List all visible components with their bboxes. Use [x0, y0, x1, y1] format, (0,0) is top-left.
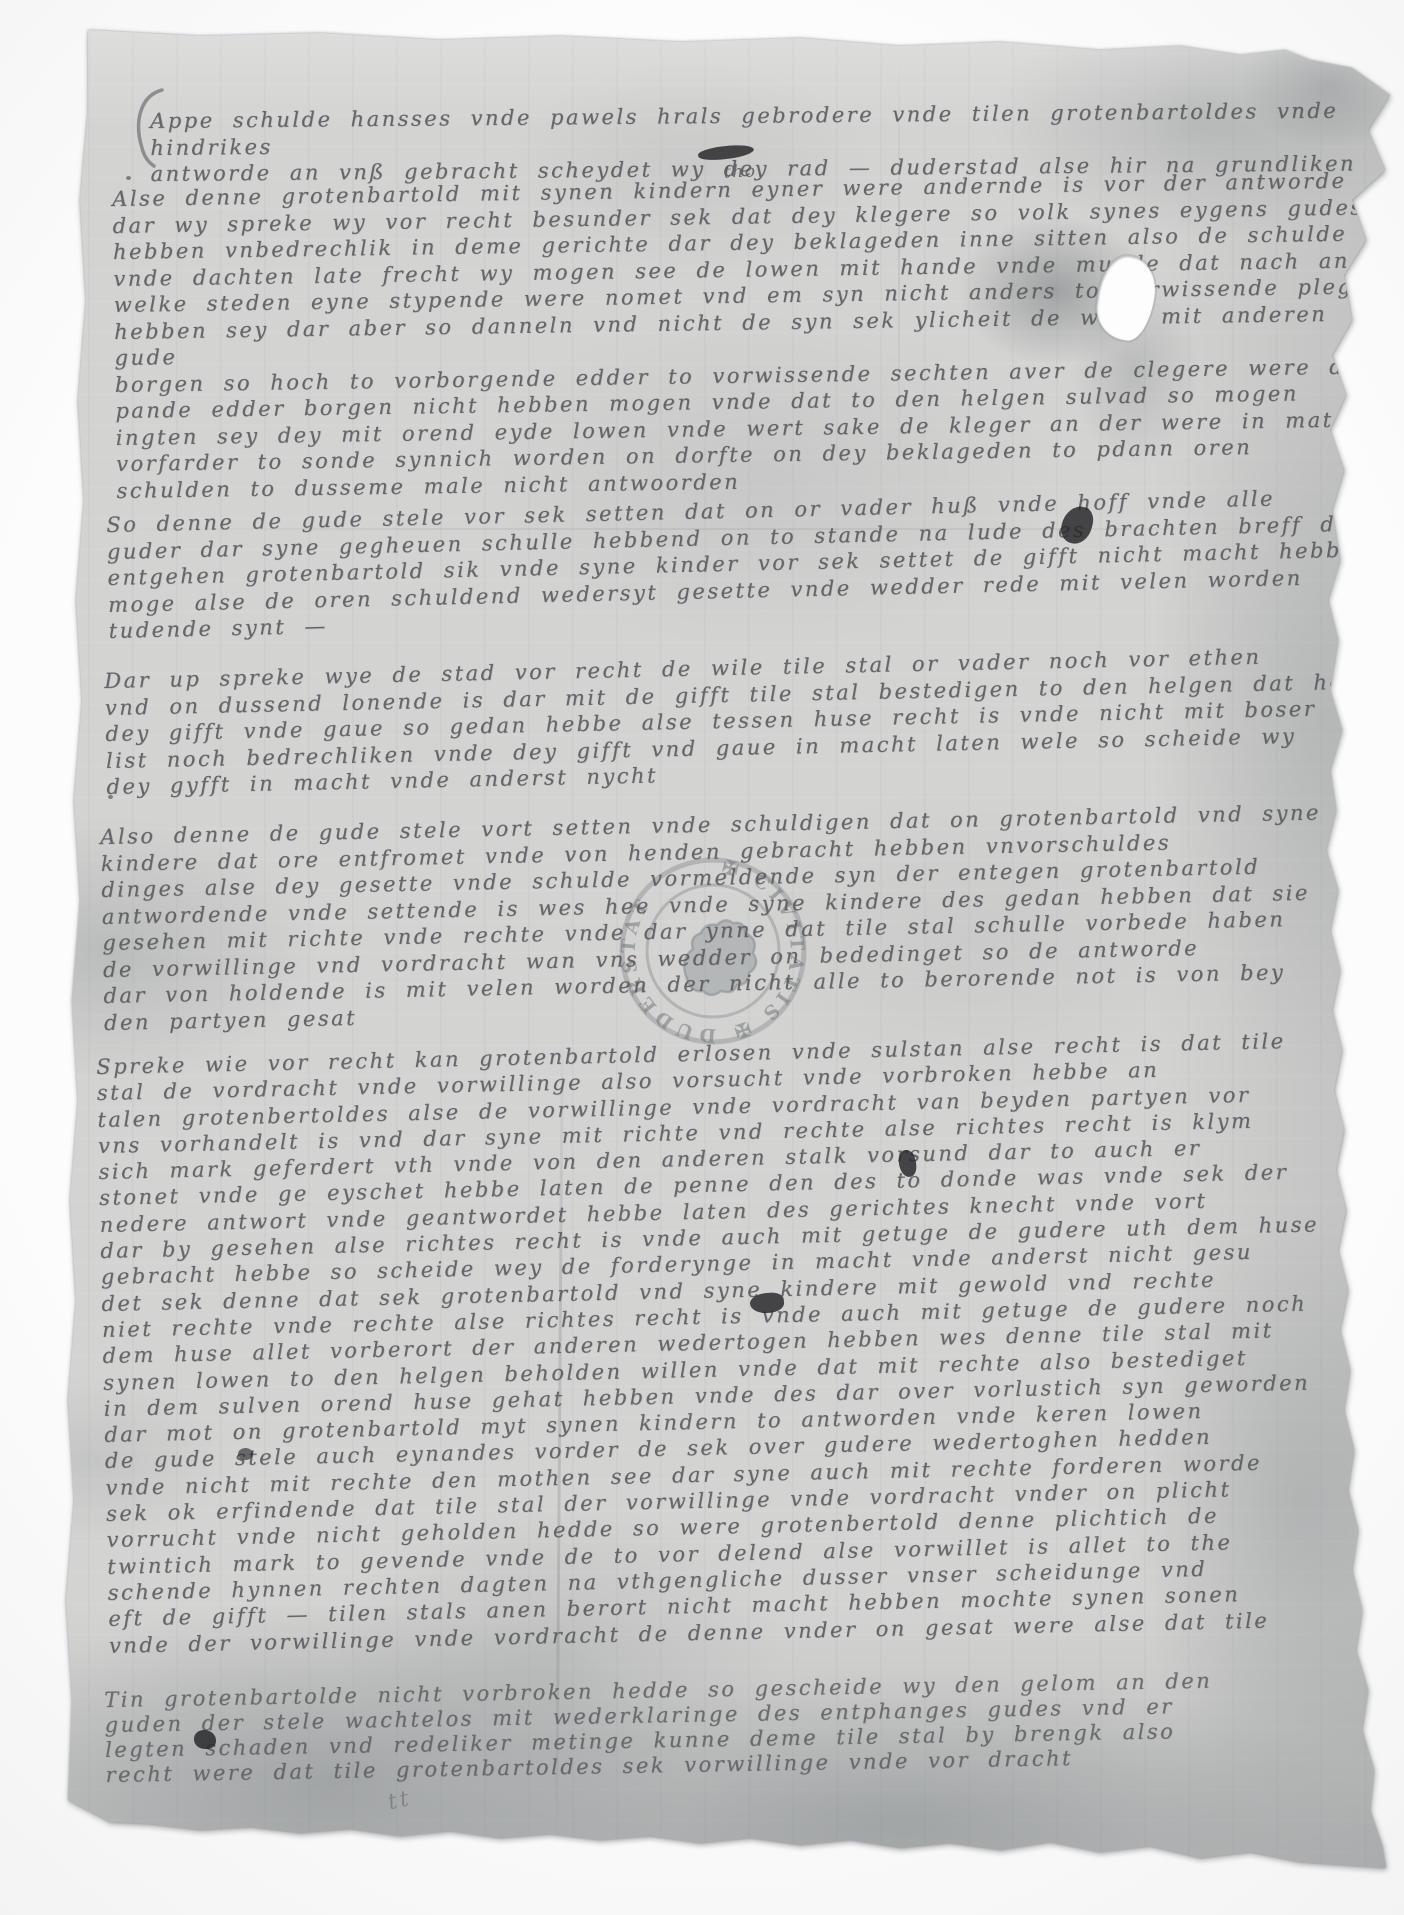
- interline-insertion-word: tho: [724, 161, 757, 182]
- ink-dot: [108, 795, 113, 799]
- ink-blot: [238, 1448, 253, 1460]
- scanned-manuscript-canvas: ✠ CIVITATIS ✠ DUDERSTAT Appe schulde han…: [0, 0, 1404, 1915]
- manuscript-paragraph-first-answer: Alse denne grotenbartold mit synen kinde…: [112, 167, 1404, 504]
- ink-dot: [126, 176, 131, 180]
- manuscript-paragraph-main-verdict: Spreke wie vor recht kan grotenbartold e…: [96, 1027, 1328, 1658]
- paper-shadow-wrap: ✠ CIVITATIS ✠ DUDERSTAT Appe schulde han…: [0, 0, 1404, 1915]
- ink-blot: [194, 1730, 216, 1749]
- manuscript-paragraph-second-claim: Also denne de gude stele vort setten vnd…: [100, 799, 1325, 1035]
- pen-trial-mark: tt: [386, 1786, 414, 1815]
- manuscript-paragraph-claim: So denne de gude stele vor sek setten da…: [106, 483, 1374, 644]
- manuscript-paper-sheet: ✠ CIVITATIS ✠ DUDERSTAT Appe schulde han…: [0, 0, 1404, 1915]
- manuscript-paragraph-closing: Tin grotenbartolde nicht vorbroken hedde…: [104, 1669, 1214, 1788]
- manuscript-paragraph-first-verdict: Dar up spreke wye de stad vor recht de w…: [104, 642, 1361, 801]
